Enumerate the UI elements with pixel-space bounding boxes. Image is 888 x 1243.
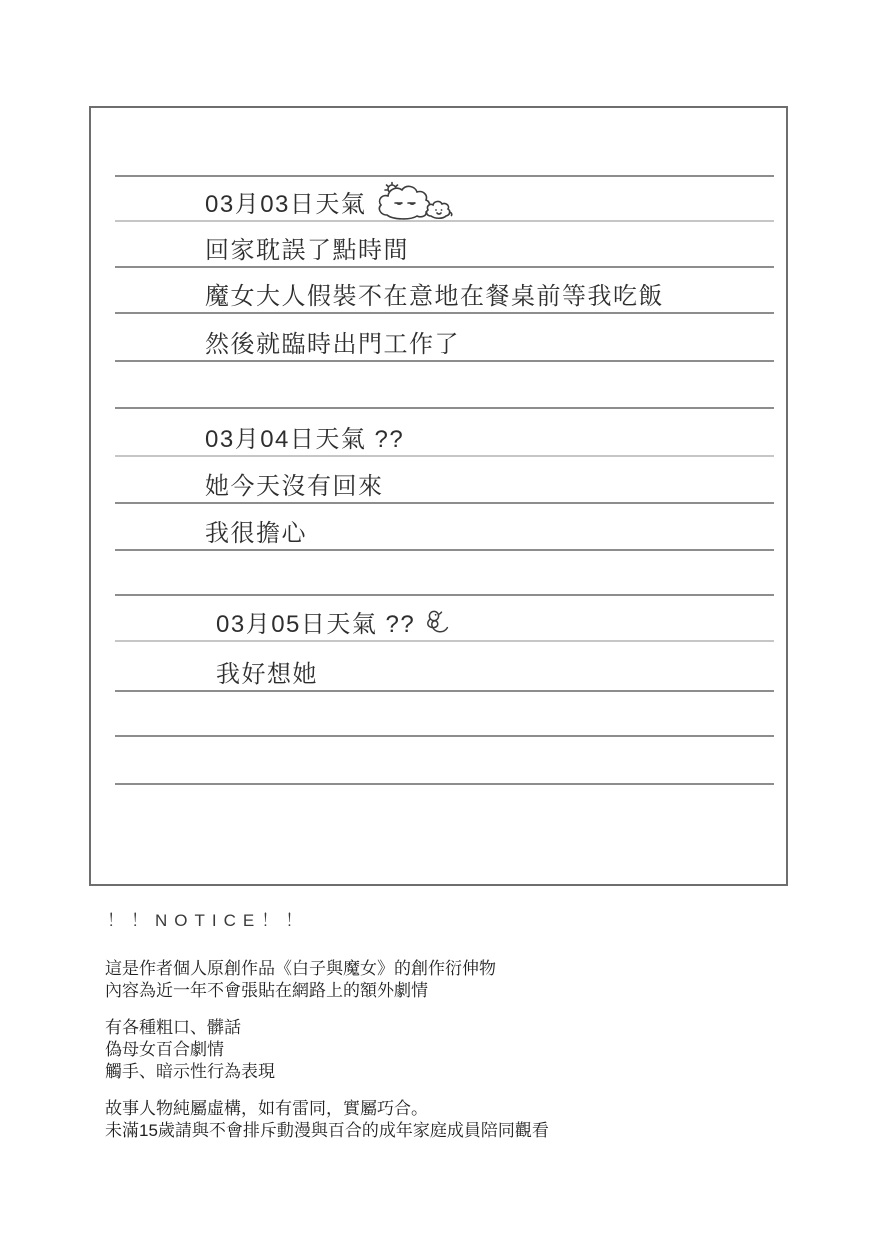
- diary-entry-date-0303: 03月03日天氣: [205, 182, 453, 222]
- notice-line: 這是作者個人原創作品《白子與魔女》的創作衍伸物: [105, 958, 785, 980]
- notice-paragraph-origin: 這是作者個人原創作品《白子與魔女》的創作衍伸物 內容為近一年不會張貼在網路上的額…: [105, 958, 785, 1002]
- scanned-diary-page: 03月03日天氣: [0, 0, 888, 1243]
- diary-entry-row: 回家耽誤了點時間: [205, 228, 409, 268]
- notice-line: 觸手、暗示性行為表現: [105, 1061, 785, 1083]
- diary-entry-row: 然後就臨時出門工作了: [205, 322, 460, 362]
- diary-entry-row: 她今天沒有回來: [205, 464, 384, 504]
- rule-line: [115, 735, 774, 737]
- diary-entry-text: 回家耽誤了點時間: [205, 237, 409, 268]
- notice-line: 偽母女百合劇情: [105, 1039, 785, 1061]
- notice-paragraph-content-warning: 有各種粗口、髒話 偽母女百合劇情 觸手、暗示性行為表現: [105, 1017, 785, 1083]
- diary-entry-row: 魔女大人假裝不在意地在餐桌前等我吃飯: [205, 274, 664, 314]
- diary-entry-row: 我很擔心: [205, 511, 307, 551]
- diary-entry-row: 我好想她: [216, 652, 318, 692]
- notice-line: 未滿15歲請與不會排斥動漫與百合的成年家庭成員陪同觀看: [105, 1120, 785, 1142]
- rule-line: [115, 594, 774, 596]
- notice-line: 故事人物純屬虛構，如有雷同，實屬巧合。: [105, 1098, 785, 1120]
- rule-line: [115, 690, 774, 692]
- rule-line: [115, 175, 774, 177]
- diary-entry-text: 我很擔心: [205, 520, 307, 551]
- diary-entry-text: 03月05日天氣 ??: [216, 611, 415, 642]
- diary-entry-text: 我好想她: [216, 661, 318, 692]
- notice-section: ！！NOTICE！！ 這是作者個人原創作品《白子與魔女》的創作衍伸物 內容為近一…: [105, 910, 785, 1157]
- diary-entry-text: 她今天沒有回來: [205, 473, 384, 504]
- notice-paragraph-disclaimer: 故事人物純屬虛構，如有雷同，實屬巧合。 未滿15歲請與不會排斥動漫與百合的成年家…: [105, 1098, 785, 1142]
- cloudy-sun-doodle-icon: [375, 181, 453, 221]
- diary-entry-date-0305: 03月05日天氣 ??: [216, 602, 451, 642]
- diary-entry-text: 魔女大人假裝不在意地在餐桌前等我吃飯: [205, 283, 664, 314]
- notice-line: 內容為近一年不會張貼在網路上的額外劇情: [105, 980, 785, 1002]
- diary-entry-text: 03月04日天氣 ??: [205, 426, 404, 457]
- diary-entry-text: 03月03日天氣: [205, 191, 366, 222]
- rule-line: [115, 783, 774, 785]
- diary-entry-date-0304: 03月04日天氣 ??: [205, 417, 404, 457]
- diary-entry-text: 然後就臨時出門工作了: [205, 331, 460, 362]
- diary-notebook-page: 03月03日天氣: [89, 106, 788, 886]
- notice-line: 有各種粗口、髒話: [105, 1017, 785, 1039]
- snake-doodle-icon: [424, 609, 451, 638]
- notice-heading: ！！NOTICE！！: [107, 910, 785, 932]
- rule-line: [115, 407, 774, 409]
